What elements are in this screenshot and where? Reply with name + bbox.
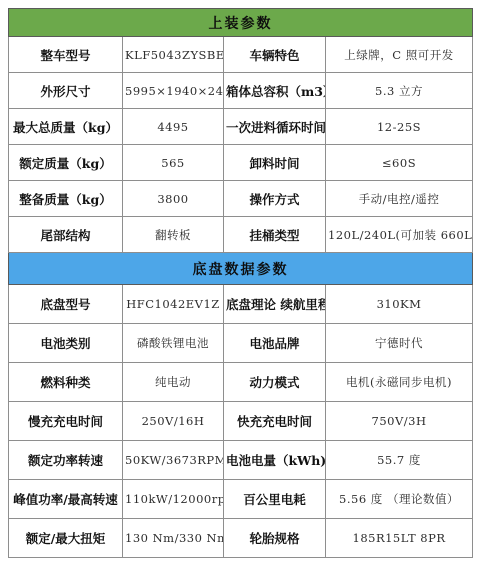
spec-label-cell: 整车型号 bbox=[9, 37, 123, 73]
spec-label-cell: 底盘理论 续航里程 bbox=[224, 285, 326, 324]
section-header-upper: 上装参数 bbox=[9, 9, 473, 37]
spec-row: 尾部结构 翻转板 挂桶类型 120L/240L(可加装 660L 挂架) bbox=[9, 217, 473, 253]
spec-value-cell: 5.56 度 （理论数值） bbox=[326, 480, 473, 519]
spec-value-cell: 130 Nm/330 Nm bbox=[123, 519, 224, 558]
spec-value-cell: KLF5043ZYSBEV bbox=[123, 37, 224, 73]
spec-row: 外形尺寸 5995×1940×2450 箱体总容积（m3） 5.3 立方 bbox=[9, 73, 473, 109]
spec-label-cell: 一次进料循环时间 bbox=[224, 109, 326, 145]
spec-row: 额定质量（kg） 565 卸料时间 ≤60S bbox=[9, 145, 473, 181]
spec-value-cell: 750V/3H bbox=[326, 402, 473, 441]
spec-label-cell: 最大总质量（kg） bbox=[9, 109, 123, 145]
spec-label-cell: 操作方式 bbox=[224, 181, 326, 217]
section-title: 上装参数 bbox=[9, 9, 473, 37]
spec-value-cell: 纯电动 bbox=[123, 363, 224, 402]
spec-value-cell: 4495 bbox=[123, 109, 224, 145]
spec-value-cell: HFC1042EV1Z bbox=[123, 285, 224, 324]
spec-label-cell: 卸料时间 bbox=[224, 145, 326, 181]
spec-row: 额定/最大扭矩 130 Nm/330 Nm 轮胎规格 185R15LT 8PR bbox=[9, 519, 473, 558]
spec-value-cell: 120L/240L(可加装 660L 挂架) bbox=[326, 217, 473, 253]
spec-label-cell: 额定/最大扭矩 bbox=[9, 519, 123, 558]
spec-value-cell: 55.7 度 bbox=[326, 441, 473, 480]
spec-value-cell: 5995×1940×2450 bbox=[123, 73, 224, 109]
spec-value-cell: 110kW/12000rpm bbox=[123, 480, 224, 519]
spec-label-cell: 峰值功率/最高转速 bbox=[9, 480, 123, 519]
spec-value-cell: 宁德时代 bbox=[326, 324, 473, 363]
spec-label-cell: 尾部结构 bbox=[9, 217, 123, 253]
spec-label-cell: 慢充充电时间 bbox=[9, 402, 123, 441]
spec-label-cell: 箱体总容积（m3） bbox=[224, 73, 326, 109]
spec-value-cell: 电机(永磁同步电机) bbox=[326, 363, 473, 402]
spec-value-cell: 5.3 立方 bbox=[326, 73, 473, 109]
spec-label-cell: 电池类别 bbox=[9, 324, 123, 363]
vehicle-spec-table: 上装参数 整车型号 KLF5043ZYSBEV 车辆特色 上绿牌，C 照可开发 … bbox=[8, 8, 473, 558]
spec-value-cell: ≤60S bbox=[326, 145, 473, 181]
section-header-chassis: 底盘数据参数 bbox=[9, 253, 473, 285]
spec-row: 峰值功率/最高转速 110kW/12000rpm 百公里电耗 5.56 度 （理… bbox=[9, 480, 473, 519]
spec-value-cell: 12-25S bbox=[326, 109, 473, 145]
spec-value-cell: 310KM bbox=[326, 285, 473, 324]
section-title: 底盘数据参数 bbox=[9, 253, 473, 285]
spec-value-cell: 50KW/3673RPM bbox=[123, 441, 224, 480]
spec-value-cell: 翻转板 bbox=[123, 217, 224, 253]
spec-value-cell: 磷酸铁锂电池 bbox=[123, 324, 224, 363]
spec-row: 慢充充电时间 250V/16H 快充充电时间 750V/3H bbox=[9, 402, 473, 441]
spec-label-cell: 额定功率转速 bbox=[9, 441, 123, 480]
spec-value-cell: 上绿牌，C 照可开发 bbox=[326, 37, 473, 73]
spec-value-cell: 250V/16H bbox=[123, 402, 224, 441]
spec-label-cell: 轮胎规格 bbox=[224, 519, 326, 558]
spec-value-cell: 185R15LT 8PR bbox=[326, 519, 473, 558]
spec-row: 燃料种类 纯电动 动力模式 电机(永磁同步电机) bbox=[9, 363, 473, 402]
spec-label-cell: 车辆特色 bbox=[224, 37, 326, 73]
spec-label-cell: 额定质量（kg） bbox=[9, 145, 123, 181]
spec-label-cell: 挂桶类型 bbox=[224, 217, 326, 253]
spec-row: 整车型号 KLF5043ZYSBEV 车辆特色 上绿牌，C 照可开发 bbox=[9, 37, 473, 73]
spec-row: 整备质量（kg） 3800 操作方式 手动/电控/遥控 bbox=[9, 181, 473, 217]
spec-value-cell: 565 bbox=[123, 145, 224, 181]
spec-label-cell: 电池品牌 bbox=[224, 324, 326, 363]
spec-row: 电池类别 磷酸铁锂电池 电池品牌 宁德时代 bbox=[9, 324, 473, 363]
spec-row: 额定功率转速 50KW/3673RPM 电池电量（kWh) 55.7 度 bbox=[9, 441, 473, 480]
spec-value-cell: 3800 bbox=[123, 181, 224, 217]
spec-label-cell: 燃料种类 bbox=[9, 363, 123, 402]
spec-label-cell: 底盘型号 bbox=[9, 285, 123, 324]
spec-label-cell: 整备质量（kg） bbox=[9, 181, 123, 217]
spec-row: 最大总质量（kg） 4495 一次进料循环时间 12-25S bbox=[9, 109, 473, 145]
spec-value-cell: 手动/电控/遥控 bbox=[326, 181, 473, 217]
spec-label-cell: 快充充电时间 bbox=[224, 402, 326, 441]
spec-label-cell: 动力模式 bbox=[224, 363, 326, 402]
spec-label-cell: 百公里电耗 bbox=[224, 480, 326, 519]
spec-label-cell: 外形尺寸 bbox=[9, 73, 123, 109]
spec-row: 底盘型号 HFC1042EV1Z 底盘理论 续航里程 310KM bbox=[9, 285, 473, 324]
spec-label-cell: 电池电量（kWh) bbox=[224, 441, 326, 480]
